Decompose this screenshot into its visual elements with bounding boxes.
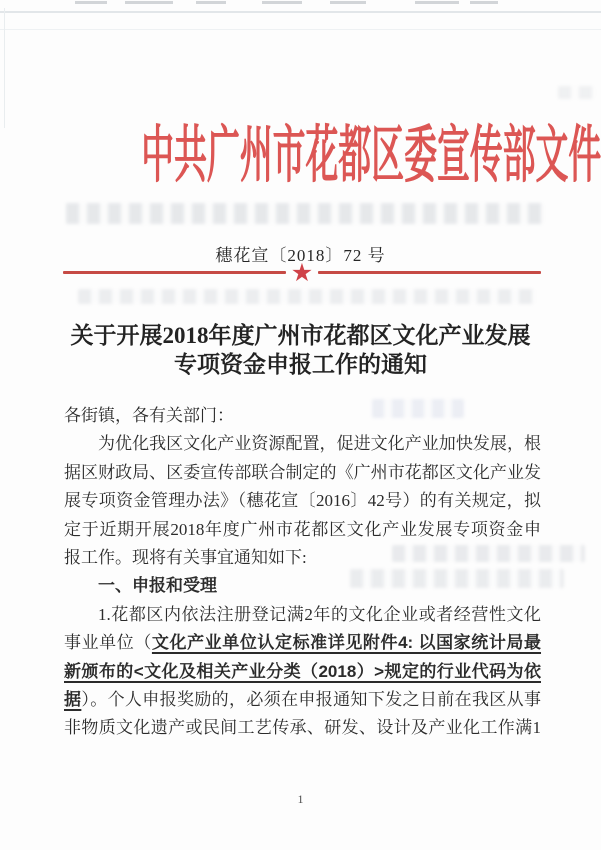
body-line: 各街镇，各有关部门： — [64, 402, 541, 430]
document-page: 中共广州市花都区委宣传部文件 穗花宣〔2018〕72 号 ★ 关于开展2018年… — [0, 0, 601, 850]
title-line-2: 专项资金申报工作的通知 — [0, 350, 601, 379]
ink-bleed-artifact — [558, 86, 596, 99]
scan-artifact-topline — [0, 29, 601, 30]
body-line: 事业单位（文化产业单位认定标准详见附件4: 以国家统计局最 — [64, 629, 541, 657]
scan-artifact-dash — [470, 1, 498, 4]
body-line: 报工作。现将有关事宜通知如下: — [64, 544, 541, 572]
scan-artifact-dash — [125, 1, 173, 4]
scan-artifact-dash — [330, 1, 366, 4]
document-title: 关于开展2018年度广州市花都区文化产业发展 专项资金申报工作的通知 — [0, 321, 601, 379]
scan-artifact-dash — [75, 1, 107, 4]
page-number: 1 — [0, 792, 601, 807]
body-line: 展专项资金管理办法》（穗花宣〔2016〕42号）的有关规定，拟 — [64, 487, 541, 515]
body-text: 各街镇，各有关部门： — [64, 406, 234, 425]
red-divider: ★ — [63, 259, 541, 286]
star-icon: ★ — [291, 259, 313, 286]
body-text: 事业单位（ — [64, 633, 152, 652]
body-line: 新颁布的<文化及相关产业分类（2018）>规定的行业代码为依 — [64, 658, 541, 686]
issuing-org-title: 中共广州市花都区委宣传部文件 — [141, 116, 460, 196]
body-text-underlined: 新颁布的<文化及相关产业分类（2018）>规定的行业代码为依 — [64, 662, 541, 681]
body-line: 非物质文化遗产或民间工艺传承、研发、设计及产业化工作满1 — [64, 714, 541, 742]
body-heading-text: 一、申报和受理 — [98, 576, 217, 595]
body-text: 展专项资金管理办法》（穗花宣〔2016〕42号）的有关规定，拟 — [64, 491, 541, 510]
scan-artifact-dash — [415, 1, 459, 4]
body-text: 据区财政局、区委宣传部联合制定的《广州市花都区文化产业发 — [64, 463, 541, 482]
ink-bleed-artifact — [78, 289, 536, 304]
scan-artifact-topline — [0, 11, 601, 13]
body-text-underlined: 文化产业单位认定标准详见附件4: 以国家统计局最 — [152, 633, 541, 652]
scan-artifact-dash — [262, 1, 302, 4]
body-line: 一、申报和受理 — [64, 572, 541, 600]
body-line: 据）。个人申报奖励的，必须在申报通知下发之日前在我区从事 — [64, 686, 541, 714]
body-text: 非物质文化遗产或民间工艺传承、研发、设计及产业化工作满1 — [64, 718, 541, 737]
body-text: 报工作。现将有关事宜通知如下: — [64, 548, 307, 567]
body-line: 定于近期开展2018年度广州市花都区文化产业发展专项资金申 — [64, 516, 541, 544]
body-text: ）。个人申报奖励的，必须在申报通知下发之日前在我区从事 — [81, 690, 541, 709]
body-text: 1.花都区内依法注册登记满2年的文化企业或者经营性文化 — [98, 605, 541, 624]
body-line: 1.花都区内依法注册登记满2年的文化企业或者经营性文化 — [64, 601, 541, 629]
body-line: 为优化我区文化产业资源配置，促进文化产业加快发展，根 — [64, 430, 541, 458]
body-lines: 各街镇，各有关部门：为优化我区文化产业资源配置，促进文化产业加快发展，根据区财政… — [64, 402, 541, 743]
body-text: 定于近期开展2018年度广州市花都区文化产业发展专项资金申 — [64, 520, 541, 539]
ink-bleed-artifact — [66, 203, 544, 224]
body-text-underlined: 据 — [64, 690, 81, 709]
body-text: 为优化我区文化产业资源配置，促进文化产业加快发展，根 — [98, 434, 541, 453]
divider-line-right — [318, 271, 541, 274]
body-line: 据区财政局、区委宣传部联合制定的《广州市花都区文化产业发 — [64, 459, 541, 487]
title-line-1: 关于开展2018年度广州市花都区文化产业发展 — [0, 321, 601, 350]
divider-line-left — [63, 271, 286, 274]
scan-artifact-dash — [196, 1, 226, 4]
scan-artifact-edge — [4, 8, 5, 128]
